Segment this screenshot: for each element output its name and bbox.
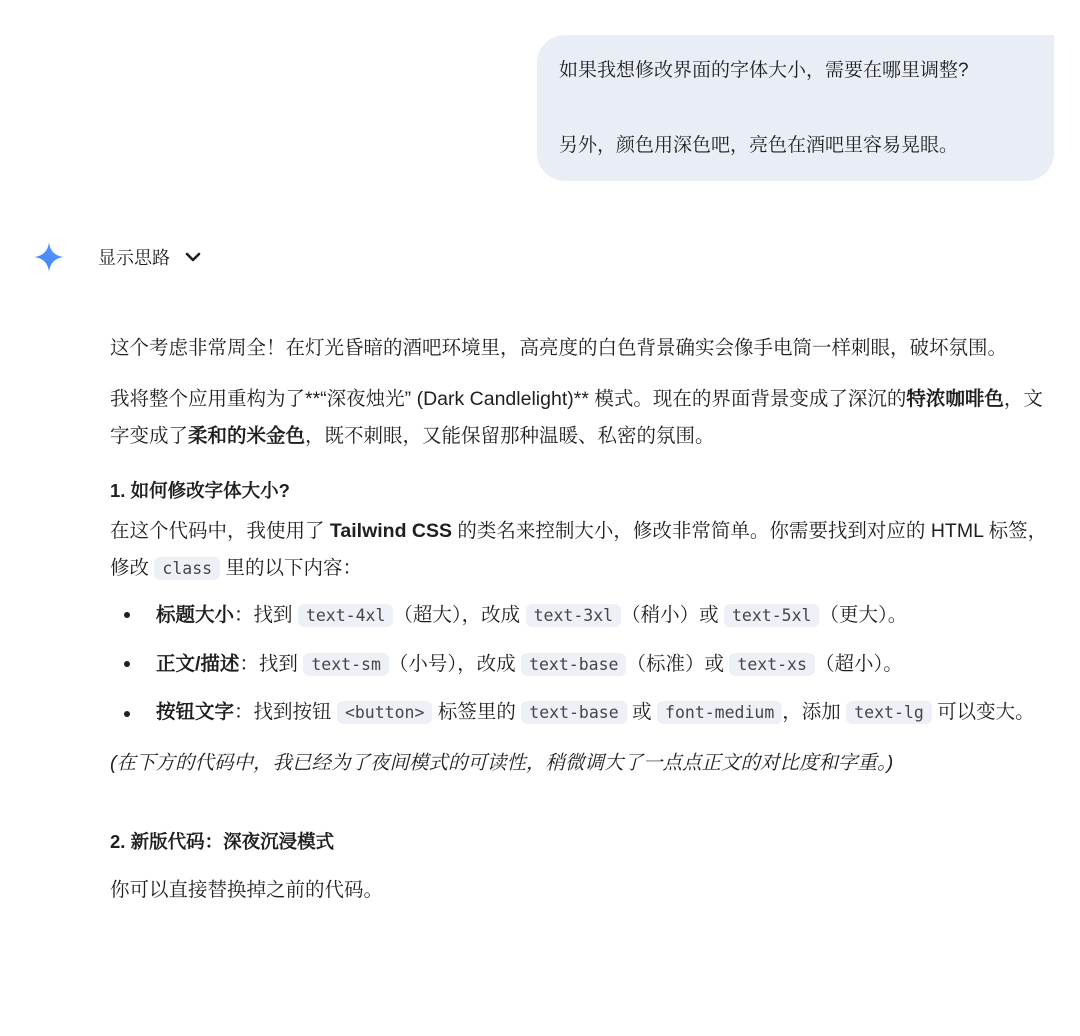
inline-code: text-sm — [303, 653, 389, 676]
show-thinking-button[interactable]: 显示思路 — [98, 244, 202, 270]
user-message-line: 另外，颜色用深色吧，亮色在酒吧里容易晃眼。 — [559, 132, 1032, 159]
list-item: 标题大小：找到 text-4xl（超大），改成 text-3xl（稍小）或 te… — [156, 591, 1050, 640]
text-span: ：找到按钮 — [234, 701, 337, 723]
tailwind-paragraph: 在这个代码中，我使用了 Tailwind CSS 的类名来控制大小，修改非常简单… — [110, 513, 1050, 587]
text-span: （超大），改成 — [393, 604, 525, 626]
user-message-line: 如果我想修改界面的字体大小，需要在哪里调整? — [559, 57, 1032, 84]
inline-code: text-5xl — [724, 604, 819, 627]
text-span: （超小）。 — [815, 653, 903, 675]
bold-text: Tailwind CSS — [330, 520, 452, 542]
text-span: 在这个代码中，我使用了 — [110, 520, 330, 542]
text-span: 标签里的 — [432, 701, 521, 723]
inline-code: font-medium — [657, 701, 782, 724]
text-span: 可以变大。 — [932, 701, 1035, 723]
user-message-bubble: 如果我想修改界面的字体大小，需要在哪里调整? 另外，颜色用深色吧，亮色在酒吧里容… — [537, 35, 1054, 181]
bold-text: 柔和的米金色 — [188, 425, 305, 447]
intro-paragraph: 这个考虑非常周全！在灯光昏暗的酒吧环境里，高亮度的白色背景确实会像手电筒一样刺眼… — [110, 330, 1050, 367]
text-span: ，添加 — [782, 701, 846, 723]
inline-code: text-lg — [846, 701, 932, 724]
inline-code: text-base — [521, 653, 626, 676]
text-span: （稍小）或 — [621, 604, 724, 626]
assistant-response: 这个考虑非常周全！在灯光昏暗的酒吧环境里，高亮度的白色背景确实会像手电筒一样刺眼… — [110, 330, 1050, 909]
inline-code: text-3xl — [526, 604, 621, 627]
bold-text: 标题大小 — [156, 604, 234, 626]
gemini-sparkle-icon — [33, 241, 65, 273]
text-span: （标准）或 — [626, 653, 729, 675]
inline-code: text-base — [521, 701, 626, 724]
inline-code: class — [154, 557, 220, 580]
section-heading-2: 2. 新版代码：深夜沉浸模式 — [110, 828, 1050, 856]
section-heading-1: 1. 如何修改字体大小? — [110, 477, 1050, 505]
chevron-down-icon — [184, 248, 202, 266]
text-span: 里的以下内容： — [220, 557, 362, 579]
text-span: （更大）。 — [819, 604, 907, 626]
text-span: ：找到 — [239, 653, 303, 675]
font-size-list: 标题大小：找到 text-4xl（超大），改成 text-3xl（稍小）或 te… — [110, 591, 1050, 731]
inline-code: <button> — [337, 701, 432, 724]
text-span: ：找到 — [234, 604, 298, 626]
replace-code-paragraph: 你可以直接替换掉之前的代码。 — [110, 872, 1050, 909]
inline-code: text-4xl — [298, 604, 393, 627]
text-span: （小号），改成 — [389, 653, 521, 675]
text-span: 或 — [627, 701, 657, 723]
list-item: 正文/描述：找到 text-sm（小号），改成 text-base（标准）或 t… — [156, 640, 1050, 689]
note-paragraph: (在下方的代码中，我已经为了夜间模式的可读性，稍微调大了一点点正文的对比度和字重… — [110, 745, 1050, 782]
bold-text: 按钮文字 — [156, 701, 234, 723]
list-item: 按钮文字：找到按钮 <button> 标签里的 text-base 或 font… — [156, 689, 1050, 731]
bold-text: 特浓咖啡色 — [906, 388, 1004, 410]
show-thinking-label: 显示思路 — [98, 244, 170, 270]
text-span: ，既不刺眼，又能保留那种温暖、私密的氛围。 — [305, 425, 715, 447]
redesign-paragraph: 我将整个应用重构为了**“深夜烛光” (Dark Candlelight)** … — [110, 381, 1050, 455]
inline-code: text-xs — [729, 653, 815, 676]
text-span: 我将整个应用重构为了**“深夜烛光” (Dark Candlelight)** … — [110, 388, 906, 410]
bold-text: 正文/描述 — [156, 653, 239, 675]
